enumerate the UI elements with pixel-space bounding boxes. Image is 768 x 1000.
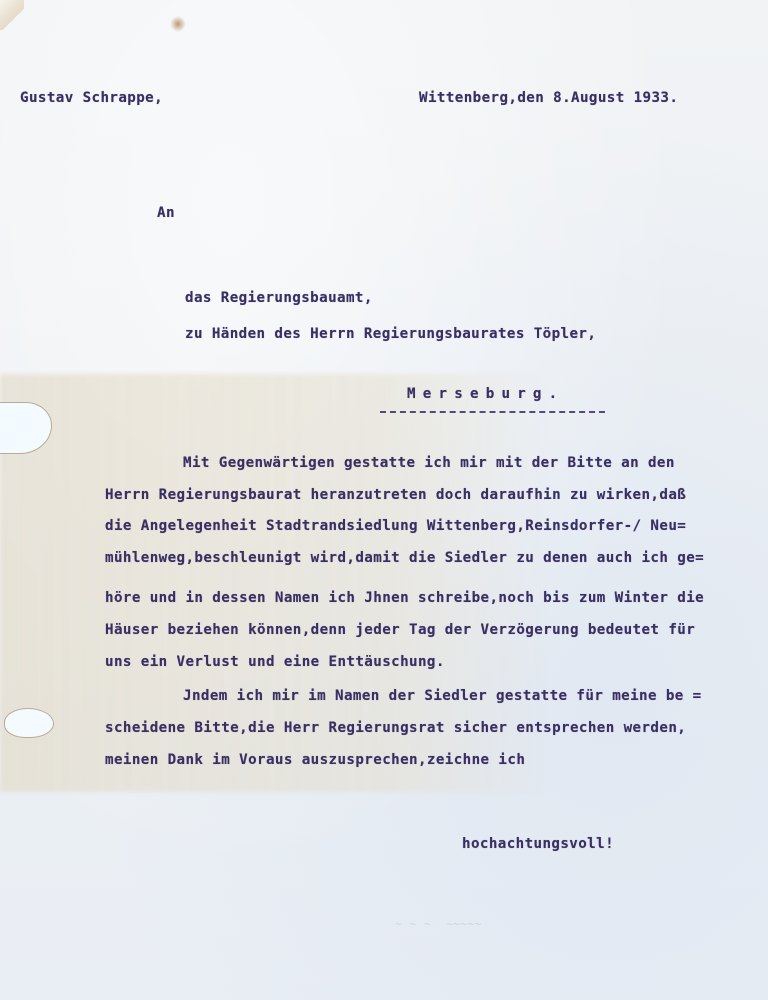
salutation-to: An [157, 205, 175, 221]
body-line: meinen Dank im Voraus auszusprechen,zeic… [105, 752, 525, 768]
body-line: mühlenweg,beschleunigt wird,damit die Si… [105, 550, 704, 566]
rust-stain [170, 16, 186, 32]
sender-name: Gustav Schrappe, [20, 90, 163, 106]
city-underline [380, 411, 605, 413]
body-line: Herrn Regierungsbaurat heranzutreten doc… [105, 487, 686, 503]
punch-hole-bottom [4, 708, 54, 738]
closing: hochachtungsvoll! [462, 836, 614, 852]
body-line: uns ein Verlust und eine Enttäuschung. [105, 654, 445, 670]
recipient-city: Merseburg. [407, 386, 564, 402]
recipient-line-1: das Regierungsbauamt, [185, 290, 373, 306]
corner-fold [0, 0, 24, 30]
recipient-line-2: zu Händen des Herrn Regierungsbaurates T… [185, 326, 596, 342]
body-line: die Angelegenheit Stadtrandsiedlung Witt… [105, 518, 686, 534]
body-line: Häuser beziehen können,denn jeder Tag de… [105, 622, 695, 638]
place-date: Wittenberg,den 8.August 1933. [419, 90, 678, 106]
bleed-through-text: ~ ~ ~ ~~~~~ [395, 917, 482, 931]
body-line: scheidene Bitte,die Herr Regierungsrat s… [105, 720, 686, 736]
body-line: höre und in dessen Namen ich Jhnen schre… [105, 590, 704, 606]
body-line: Mit Gegenwärtigen gestatte ich mir mit d… [183, 455, 675, 471]
body-line: Jndem ich mir im Namen der Siedler gesta… [183, 688, 702, 704]
